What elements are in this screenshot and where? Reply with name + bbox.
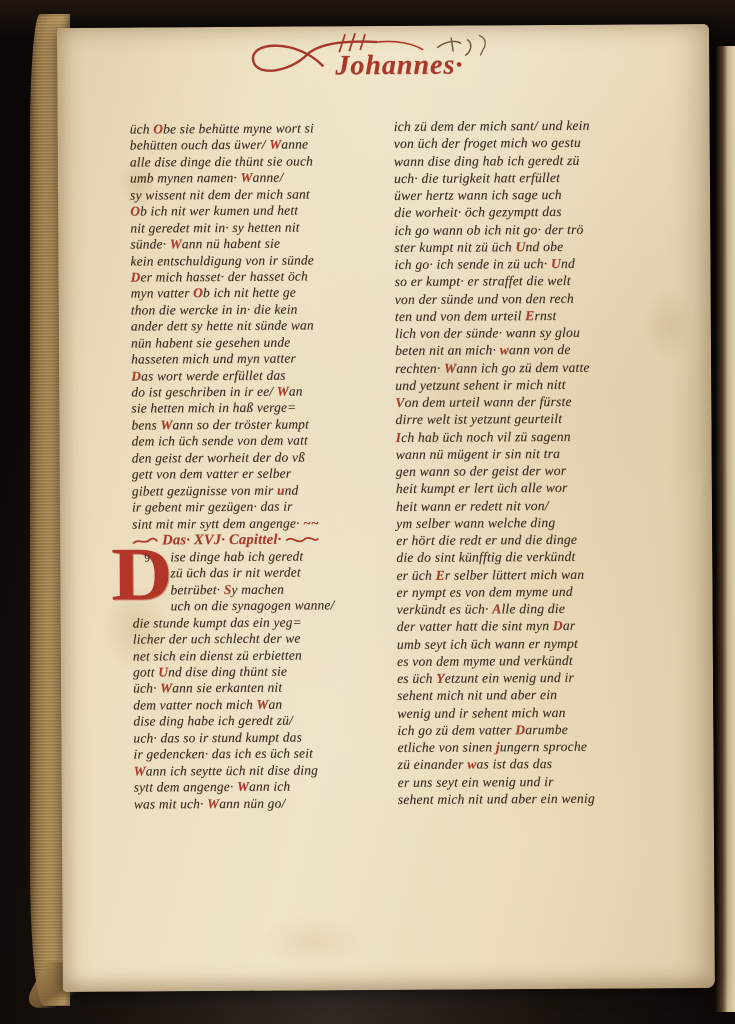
text-line: so er kumpt· er straffet die welt — [395, 271, 675, 290]
text-line: Von dem urteil wann der fürste — [395, 392, 675, 411]
text-line: und yetzunt sehent ir mich nitt — [395, 375, 675, 394]
text-line: gibett gezügnisse von mir und — [132, 482, 394, 500]
text-line: heit kumpt er lert üch alle wor — [396, 478, 676, 497]
text-line: sytt dem angenge· Wann ich — [134, 778, 396, 796]
chapter-sixteen-paragraph: D 9 ise dinge hab ich geredtzü üch das i… — [132, 548, 396, 813]
text-line: gen wann so der geist der wor — [396, 461, 676, 480]
text-line: rechten· Wann ich go zü dem vatte — [395, 358, 675, 377]
running-title: Johannes· — [335, 50, 463, 82]
text-line: sehent mich nit und aber ein — [397, 685, 677, 704]
text-line: dirre welt ist yetzunt geurteilt — [395, 409, 675, 428]
text-line: wenig und ir sehent mich wan — [397, 703, 677, 722]
text-line: Ob ich nit wer kumen und hett — [130, 202, 392, 220]
text-line: zü einander was ist das das — [398, 754, 678, 773]
text-line: Wann ich seytte üch nit dise ding — [134, 762, 396, 780]
parchment-stain — [242, 906, 382, 977]
text-line: Der mich hasset· der hasset öch — [131, 268, 393, 286]
text-line: dise ding habe ich geredt zü/ — [133, 712, 395, 730]
rubric-flourish-icon — [285, 534, 319, 546]
text-line: uch· die turigkeit hatt erfüllet — [394, 168, 674, 187]
text-line: er uns seyt ein wenig und ir — [398, 772, 678, 791]
text-line: ster kumpt nit zü üch Und obe — [394, 237, 674, 256]
text-line: thon die wercke in in· die kein — [131, 301, 393, 319]
text-line: ich go· ich sende in zü uch· Und — [394, 254, 674, 273]
text-line: net sich ein dienst zü erbietten — [133, 647, 395, 665]
text-line: er hört die redt er und die dinge — [396, 530, 676, 549]
text-line: die stunde kumpt das ein yeg= — [133, 614, 395, 632]
initial-letter-d: D — [111, 551, 174, 597]
text-line: nit geredet mit in· sy hetten nit — [130, 219, 392, 237]
chapter-initial: D 9 — [114, 551, 170, 601]
text-line: lich von der sünde· wann sy glou — [395, 323, 675, 342]
text-line: uch· das so ir stund kumpt das — [133, 729, 395, 747]
initial-gloss: 9 — [144, 552, 150, 564]
text-line: üch Obe sie behütte myne wort si — [130, 120, 392, 138]
text-line: die do sint künfftig die verkündt — [396, 547, 676, 566]
text-line: ir gebent mir gezügen· das ir — [132, 498, 394, 516]
text-line: er nympt es von dem myme und — [396, 582, 676, 601]
text-line: ym selber wann welche ding — [396, 513, 676, 532]
manuscript-page: Johannes· üch Obe sie behütte myne wort … — [57, 24, 715, 992]
text-line: umb mynen namen· Wanne/ — [130, 169, 392, 187]
text-line: sehent mich nit und aber ein wenig — [398, 789, 678, 808]
text-line: ander dett sy hette nit sünde wan — [131, 317, 393, 335]
column-left: üch Obe sie behütte myne wort sibehütten… — [130, 120, 396, 813]
text-line: üwer hertz wann ich sage uch — [394, 185, 674, 204]
text-line: alle dise dinge die thünt sie ouch — [130, 153, 392, 171]
text-line: licher der uch schlecht der we — [133, 630, 395, 648]
text-line: sint mit mir sytt dem angenge· ~~ — [132, 514, 394, 532]
text-line: behütten ouch das üwer/ Wanne — [130, 136, 392, 154]
right-column-text: ich zü dem der mich sant/ und keinvon üc… — [394, 116, 678, 808]
text-line: Das wort werde erfüllet das — [131, 367, 393, 385]
text-line: sünde· Wann nü habent sie — [130, 235, 392, 253]
text-line: do ist geschriben in ir ee/ Wan — [131, 383, 393, 401]
text-line: von üch der froget mich wo gestu — [394, 133, 674, 152]
text-line: von der sünde und von den rech — [395, 289, 675, 308]
text-line: üch· Wann sie erkanten nit — [133, 679, 395, 697]
text-line: gett von dem vatter er selber — [132, 465, 394, 483]
text-line: gott Und dise ding thünt sie — [133, 663, 395, 681]
book-photo: Johannes· üch Obe sie behütte myne wort … — [0, 0, 735, 1024]
text-line: beten nit an mich· wann von de — [395, 340, 675, 359]
text-line: wann dise ding hab ich geredt zü — [394, 151, 674, 170]
text-line: nün habent sie gesehen unde — [131, 334, 393, 352]
text-line: ir gedencken· das ich es üch seit — [133, 745, 395, 763]
left-column-text: üch Obe sie behütte myne wort sibehütten… — [130, 120, 395, 533]
text-line: wann nü mügent ir sin nit tra — [396, 444, 676, 463]
facing-page-edge — [716, 46, 735, 1012]
text-line: es von dem myme und verkündt — [397, 651, 677, 670]
text-line: heit wann er redett nit von/ — [396, 496, 676, 515]
text-line: sy wissent nit dem der mich sant — [130, 186, 392, 204]
text-line: umb seyt ich üch wann er nympt — [397, 634, 677, 653]
text-line: kein entschuldigung von ir sünde — [130, 251, 392, 269]
text-line: was mit uch· Wann nün go/ — [134, 794, 396, 812]
text-line: bens Wann so der tröster kumpt — [131, 416, 393, 434]
text-line: ich zü dem der mich sant/ und kein — [394, 116, 674, 135]
text-line: sie hetten mich in haß verge= — [131, 399, 393, 417]
text-line: die worheit· öch gezymptt das — [394, 202, 674, 221]
text-line: ten und von dem urteil Ernst — [395, 306, 675, 325]
text-line: verkündt es üch· Alle ding die — [397, 599, 677, 618]
text-line: der vatter hatt die sint myn Dar — [397, 616, 677, 635]
text-line: den geist der worheit der do vß — [132, 449, 394, 467]
text-line: dem ich üch sende von dem vatt — [132, 432, 394, 450]
text-line: dem vatter noch mich Wan — [133, 696, 395, 714]
column-right: ich zü dem der mich sant/ und keinvon üc… — [394, 116, 678, 808]
text-line: ich go zü dem vatter Darumbe — [397, 720, 677, 739]
text-line: myn vatter Ob ich nit hette ge — [131, 284, 393, 302]
text-line: etliche von sinen jungern sproche — [397, 737, 677, 756]
text-line: es üch Yetzunt ein wenig und ir — [397, 668, 677, 687]
text-line: hasseten mich und myn vatter — [131, 350, 393, 368]
text-line: ich go wann ob ich nit go· der trö — [394, 220, 674, 239]
text-line: Ich hab üch noch vil zü sagenn — [396, 427, 676, 446]
text-line: er üch Er selber lüttert mich wan — [396, 565, 676, 584]
